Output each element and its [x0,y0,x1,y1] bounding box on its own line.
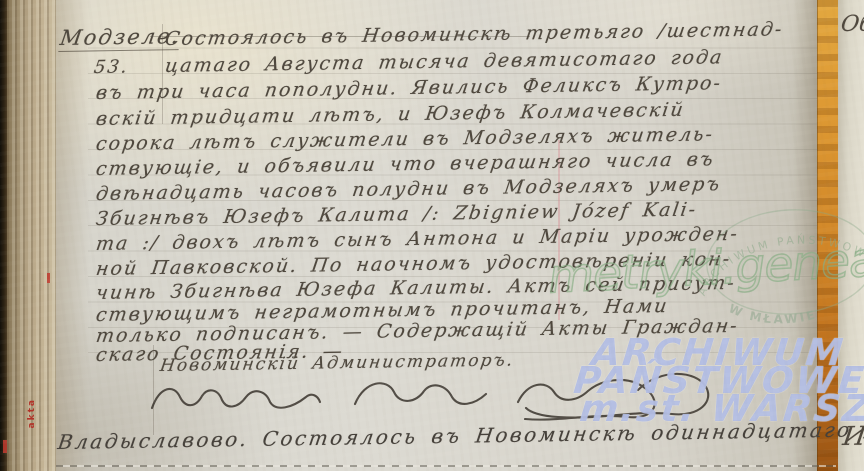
red-margin-stamp-text: akta [27,398,37,428]
red-tick-mark [3,440,7,453]
gutter-shadow [56,0,90,471]
book-binding-shadow [0,0,7,471]
genealogy-watermark: ARCHIWUM PAŃSTWOWE W MŁAWIE metryki.gene… [545,199,864,336]
archive-watermark-line3: m.st. WARSZ [578,390,864,427]
bottom-dashed-rule [56,465,836,467]
red-tick-mark [47,273,50,283]
next-page-fragment-top: Об [839,14,864,36]
archival-scan: Модзеле. 53. Состоялось въ Новоминскѣ тр… [0,0,864,471]
genealogy-watermark-text: metryki.genea [547,232,864,304]
margin-act-number: 53. [93,58,130,77]
